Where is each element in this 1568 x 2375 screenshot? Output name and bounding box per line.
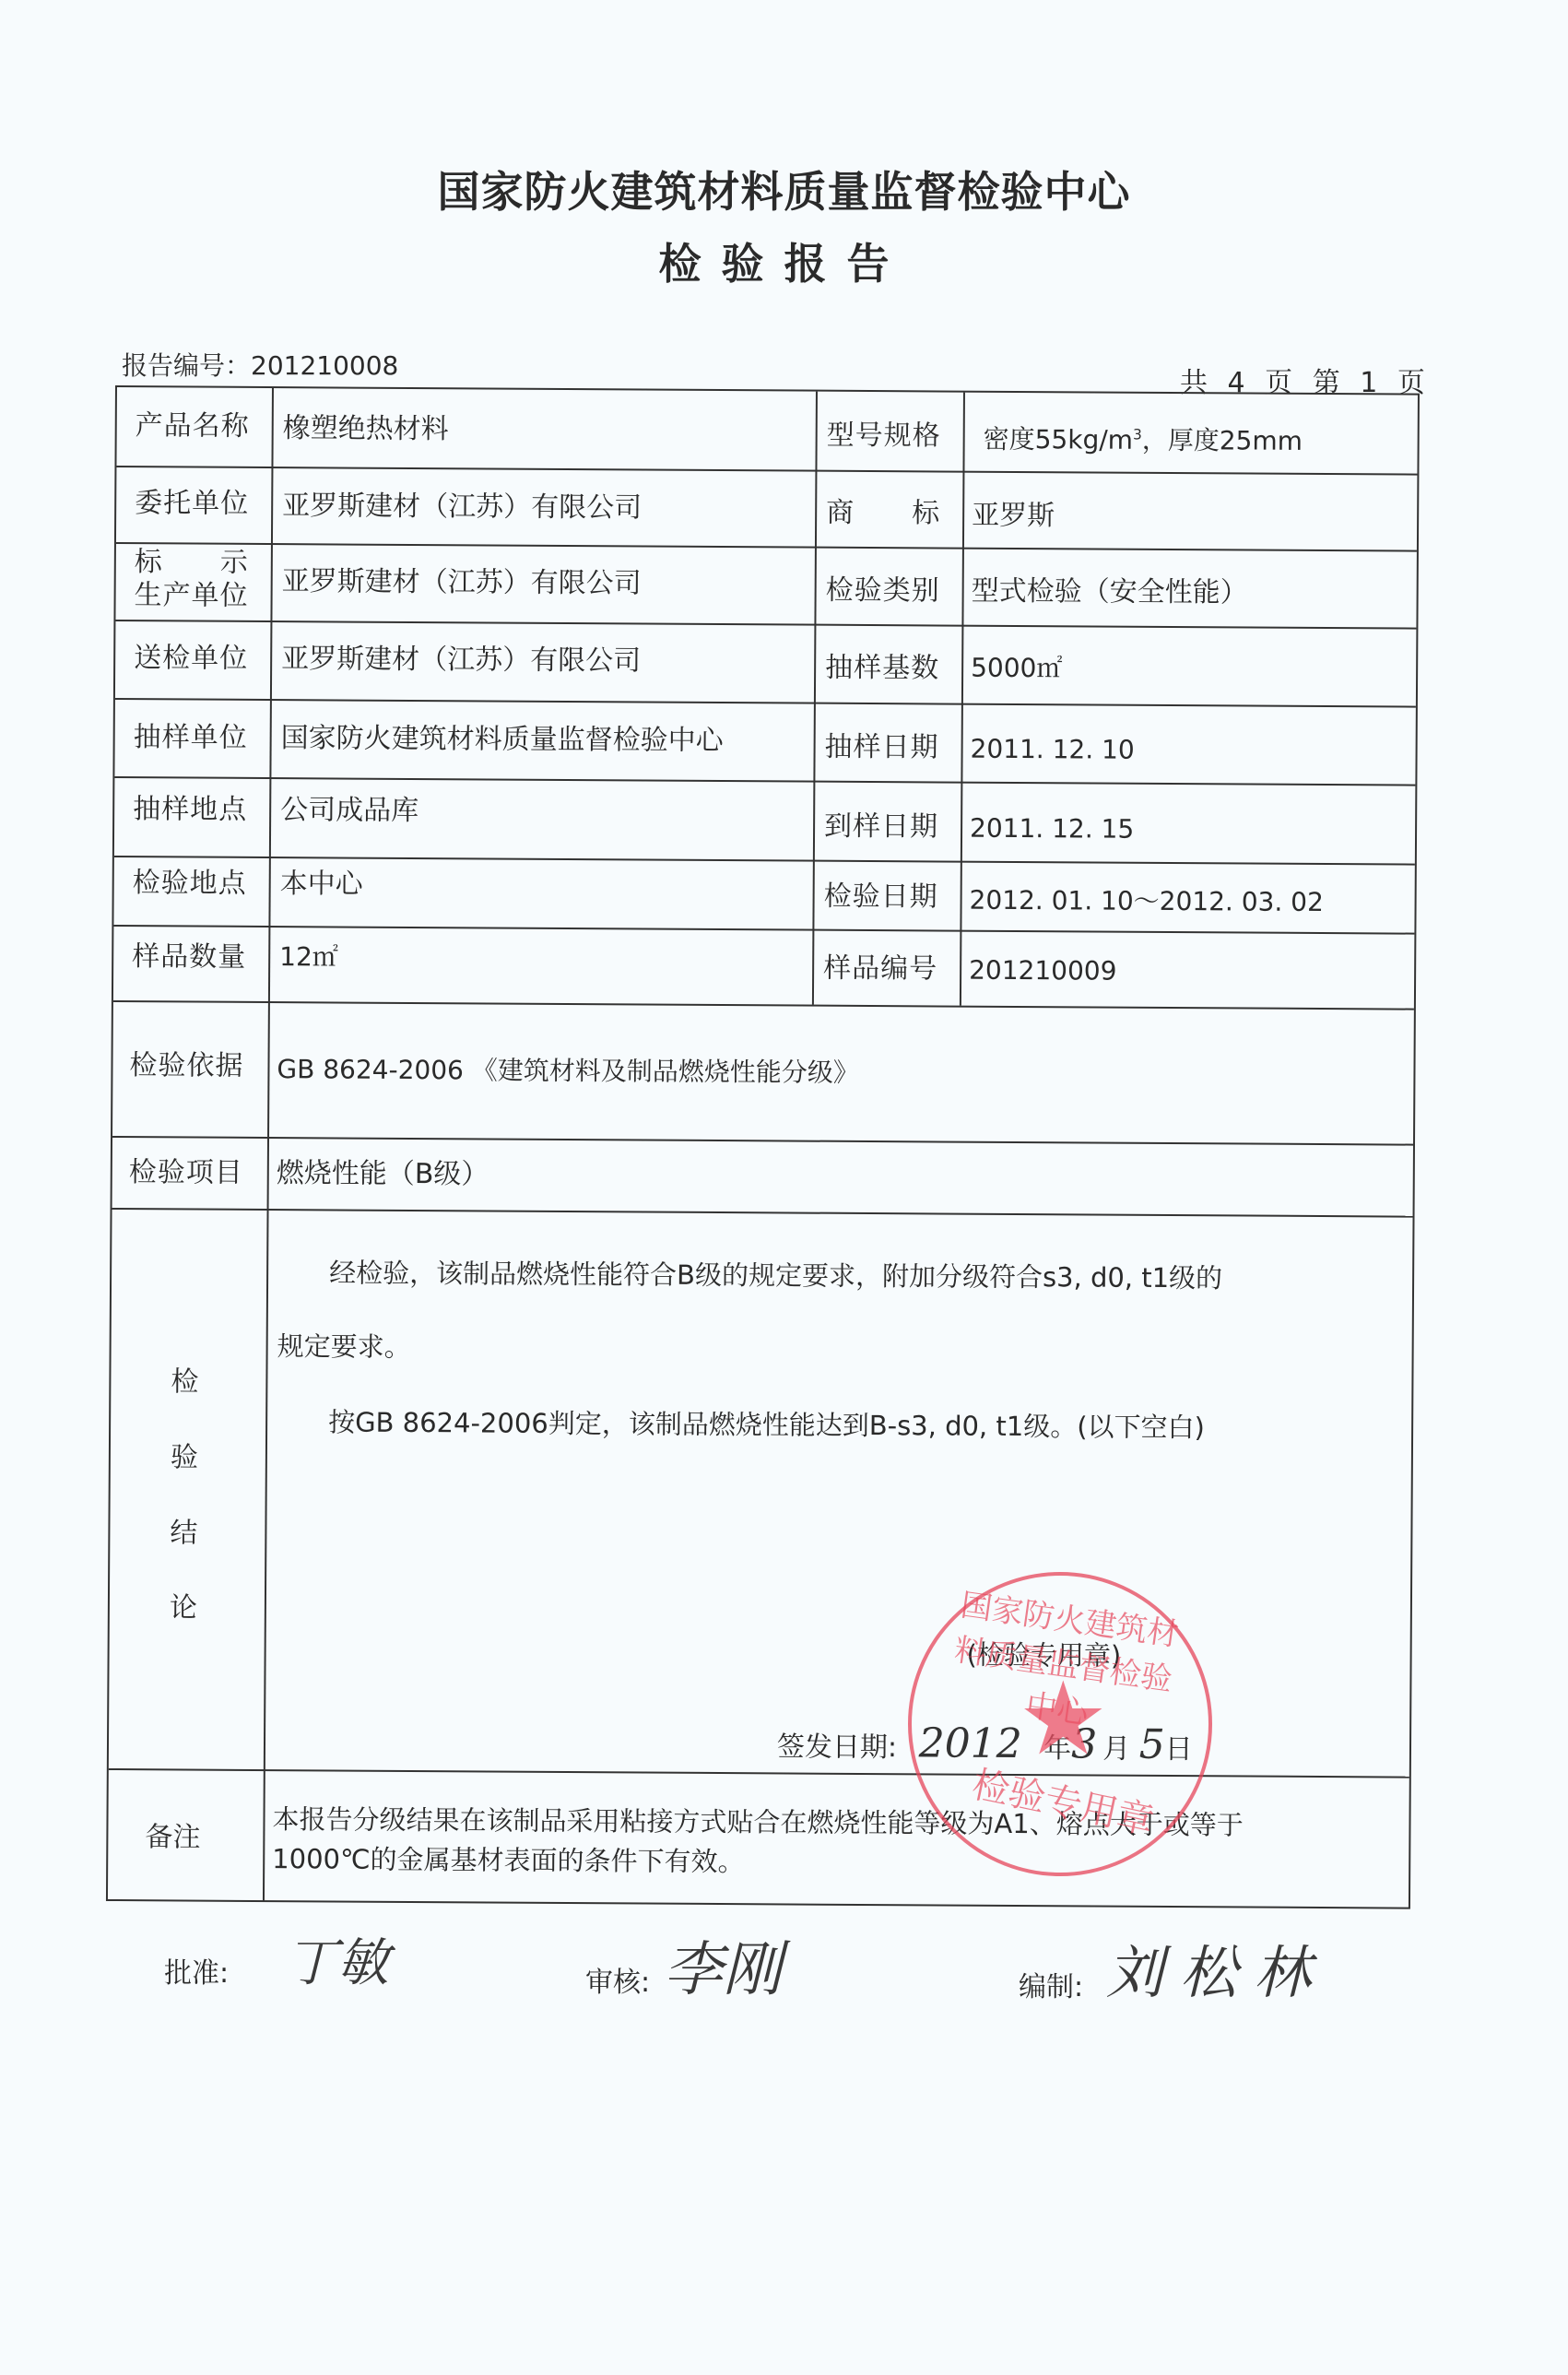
compile-signature: 刘松林 <box>1106 1927 1327 2009</box>
report-number-label: 报告编号： <box>122 350 251 381</box>
label-inspection-location: 检验地点 <box>133 867 247 901</box>
conclusion-label-char: 论 <box>170 1584 197 1625</box>
conclusion-para1-line1: 经检验，该制品燃烧性能符合B级的规定要求，附加分级符合s3, d0, t1级的 <box>329 1257 1222 1294</box>
value-inspection-location: 本中心 <box>280 868 363 902</box>
report-table: 产品名称 橡塑绝热材料 型号规格 密度55kg/m3，厚度25mm 委托单位 亚… <box>106 385 1420 1909</box>
remarks-line2: 1000℃的金属基材表面的条件下有效。 <box>272 1843 745 1878</box>
value-inspection-basis: GB 8624-2006 《建筑材料及制品燃烧性能分级》 <box>277 1054 859 1088</box>
label-sample-quantity: 样品数量 <box>132 940 246 975</box>
report-number: 报告编号：201210008 <box>122 346 398 383</box>
label-sampling-location: 抽样地点 <box>133 793 247 827</box>
doc-title: 检验报告 <box>0 230 1568 291</box>
label-arrival-date: 到样日期 <box>824 810 938 845</box>
label-inspection-date: 检验日期 <box>824 880 938 915</box>
review-signature: 李刚 <box>664 1922 782 2007</box>
label-inspection-basis: 检验依据 <box>129 1049 243 1083</box>
review-label: 审核: <box>585 1959 650 2000</box>
value-client: 亚罗斯建材（江苏）有限公司 <box>282 490 642 525</box>
value-inspection-type: 型式检验（安全性能） <box>972 575 1248 610</box>
issue-date-label: 签发日期: <box>777 1731 897 1764</box>
label-sampling-date: 抽样日期 <box>825 731 939 765</box>
star-icon: ★ <box>1018 1668 1109 1769</box>
label-marked-manufacturer-line2: 生产单位 <box>134 579 248 613</box>
conclusion-para1-line2: 规定要求。 <box>277 1330 411 1364</box>
value-sampling-base: 5000㎡ <box>971 653 1062 684</box>
conclusion-label-char: 验 <box>171 1434 198 1474</box>
value-product-name: 橡塑绝热材料 <box>283 412 449 446</box>
value-arrival-date: 2011. 12. 15 <box>970 813 1134 845</box>
label-product-name: 产品名称 <box>136 409 250 443</box>
value-inspection-item: 燃烧性能（B级） <box>277 1157 489 1191</box>
label-trademark: 商 标 <box>826 497 940 531</box>
approve-signature: 丁敏 <box>286 1922 389 1996</box>
value-submitter: 亚罗斯建材（江苏）有限公司 <box>281 643 641 678</box>
conclusion-para2: 按GB 8624-2006判定，该制品燃烧性能达到B-s3, d0, t1级。(… <box>328 1406 1205 1444</box>
org-title: 国家防火建筑材料质量监督检验中心 <box>0 159 1568 219</box>
label-sampling-base: 抽样基数 <box>825 652 939 686</box>
conclusion-label-char: 检 <box>171 1358 198 1399</box>
label-submitter: 送检单位 <box>134 642 248 676</box>
report-number-value: 201210008 <box>251 350 398 381</box>
label-sample-number: 样品编号 <box>823 952 937 987</box>
label-inspection-type: 检验类别 <box>826 574 940 609</box>
value-inspection-date: 2012. 01. 10～2012. 03. 02 <box>970 885 1324 918</box>
label-marked-manufacturer-line1: 标 示 <box>135 546 249 580</box>
value-sampling-unit: 国家防火建筑材料质量监督检验中心 <box>281 722 724 758</box>
value-sampling-date: 2011. 12. 10 <box>971 734 1135 766</box>
value-sampling-location: 公司成品库 <box>280 794 419 828</box>
label-sampling-unit: 抽样单位 <box>134 721 248 755</box>
inspection-seal: 国家防火建筑材料质量监督检验中心 ★ 检验专用章 <box>908 1572 1212 1876</box>
approve-label: 批准: <box>164 1950 229 1991</box>
value-trademark: 亚罗斯 <box>972 500 1055 534</box>
value-model-spec: 密度55kg/m3，厚度25mm <box>984 424 1303 457</box>
label-model-spec: 型号规格 <box>827 419 941 454</box>
label-remarks: 备注 <box>145 1821 200 1854</box>
value-sample-number: 201210009 <box>969 955 1117 987</box>
compile-label: 编制: <box>1019 1964 1083 2004</box>
conclusion-label-char: 结 <box>170 1509 197 1550</box>
value-manufacturer: 亚罗斯建材（江苏）有限公司 <box>282 565 642 600</box>
label-inspection-item: 检验项目 <box>129 1156 243 1190</box>
label-client: 委托单位 <box>135 487 249 521</box>
value-sample-quantity: 12㎡ <box>279 941 338 973</box>
